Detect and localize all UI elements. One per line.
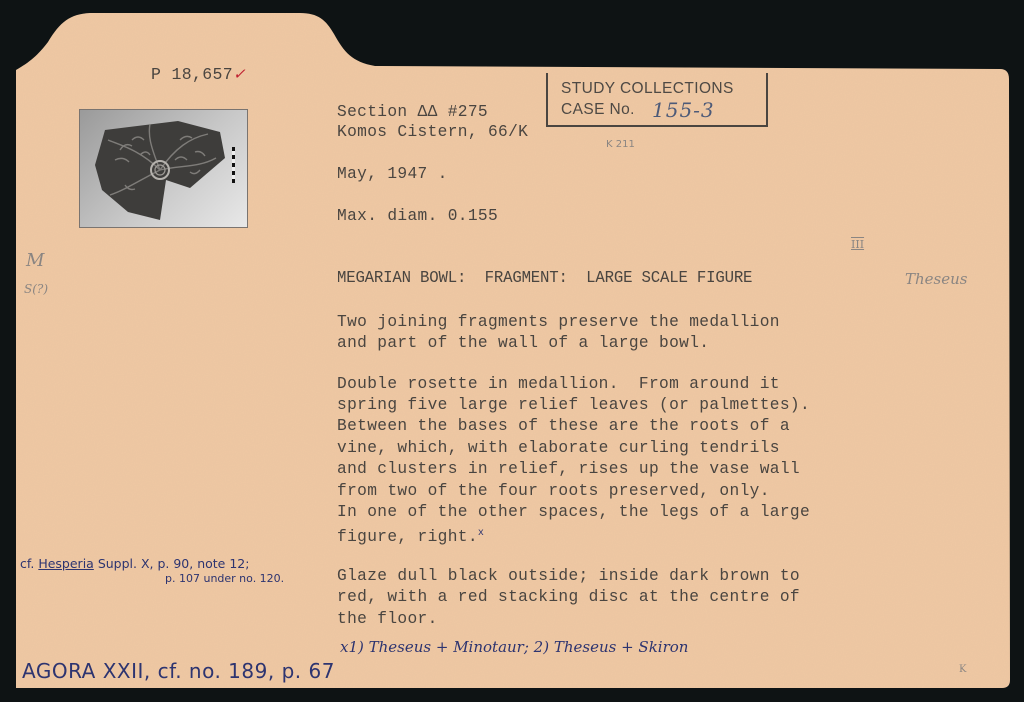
description-line: and part of the wall of a large bowl.: [337, 333, 709, 355]
description-line: spring five large relief leaves (or palm…: [337, 395, 810, 417]
footnote-marker: x: [478, 528, 484, 539]
object-title: MEGARIAN BOWL: FRAGMENT: LARGE SCALE FIG…: [337, 268, 752, 290]
section-line: Section ΔΔ #275: [337, 102, 488, 124]
journal-title: Hesperia: [38, 556, 94, 571]
check-mark-icon: ✓: [233, 65, 246, 83]
stamp-case-number: 155-3: [652, 98, 715, 122]
date-line: May, 1947 .: [337, 164, 448, 186]
scale-bar: [232, 147, 235, 183]
inventory-number: P 18,657✓: [110, 42, 246, 107]
hesperia-reference-line2: p. 107 under no. 120.: [165, 572, 284, 585]
stamp-case-label: CASE No.: [561, 101, 635, 119]
agora-reference: AGORA XXII, cf. no. 189, p. 67: [22, 659, 335, 683]
margin-note-m: M: [26, 250, 44, 271]
deposit-line: Komos Cistern, 66/K: [337, 122, 528, 144]
bowl-fragment-image: [80, 110, 247, 227]
description-line: Glaze dull black outside; inside dark br…: [337, 566, 800, 588]
description-line: red, with a red stacking disc at the cen…: [337, 587, 800, 609]
description-line: Two joining fragments preserve the medal…: [337, 312, 780, 334]
description-line: figure, right.x: [337, 523, 484, 549]
corner-pencil-mark: K: [959, 664, 966, 675]
description-line: from two of the four roots preserved, on…: [337, 481, 770, 503]
title-pencil-note: Theseus: [905, 270, 967, 288]
pencil-note-under-stamp: K 211: [606, 139, 635, 150]
description-line: Double rosette in medallion. From around…: [337, 374, 780, 396]
margin-note-s: S(?): [24, 282, 48, 296]
description-line: Between the bases of these are the roots…: [337, 416, 790, 438]
catalog-card: P 18,657✓: [0, 0, 1024, 702]
handwritten-footnote: x1) Theseus + Minotaur; 2) Theseus + Ski…: [340, 638, 688, 656]
description-line: vine, which, with elaborate curling tend…: [337, 438, 780, 460]
description-line: and clusters in relief, rises up the vas…: [337, 459, 800, 481]
hesperia-reference-line1: cf. Hesperia Suppl. X, p. 90, note 12;: [20, 556, 249, 571]
description-line: In one of the other spaces, the legs of …: [337, 502, 810, 524]
dimensions-line: Max. diam. 0.155: [337, 206, 498, 228]
stamp-title: STUDY COLLECTIONS: [561, 80, 734, 98]
study-collections-stamp: STUDY COLLECTIONS CASE No. 155-3: [546, 73, 768, 127]
roman-numeral-note: III: [851, 238, 864, 251]
description-line: the floor.: [337, 609, 438, 631]
artifact-photo: [79, 109, 248, 228]
